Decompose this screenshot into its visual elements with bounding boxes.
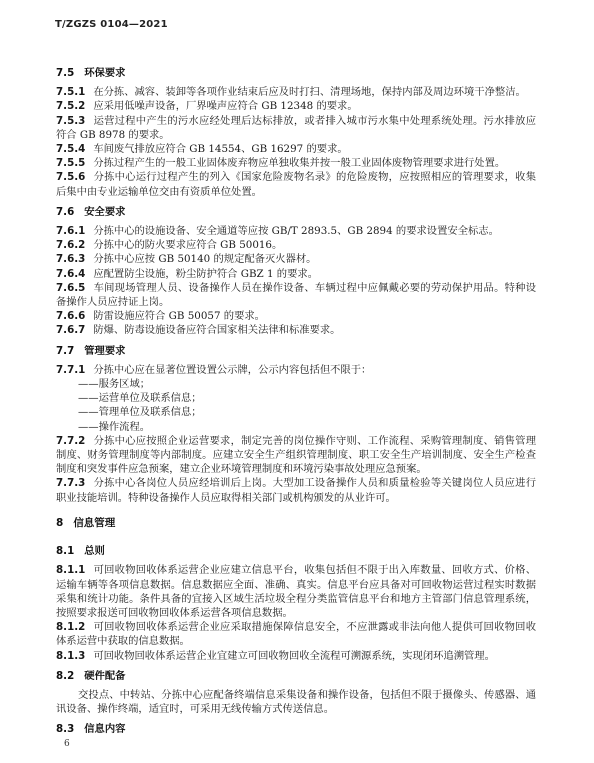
section-title: 环保要求 [84, 67, 125, 79]
clause-text: 分拣中心应按 GB 50140 的规定配备灭火器材。 [93, 253, 316, 265]
clause-text: 车间废气排放应符合 GB 14554、GB 16297 的要求。 [93, 143, 347, 155]
section-title: 信息内容 [84, 723, 125, 735]
clause-8-1-3: 8.1.3可回收物回收体系运营企业宜建立可回收物回收全流程可溯源系统，实现闭环追… [56, 649, 536, 663]
section-title: 总则 [84, 545, 105, 557]
clause-7-6-3: 7.6.3分拣中心应按 GB 50140 的规定配备灭火器材。 [56, 252, 536, 266]
clause-number: 7.5.1 [56, 86, 85, 98]
section-number: 8.1 [56, 545, 74, 557]
clause-text: 分拣中心的防火要求应符合 GB 50016。 [93, 239, 282, 251]
chapter-title: 信息管理 [73, 517, 115, 529]
clause-number: 7.5.6 [56, 171, 85, 183]
clause-text: 在分拣、减容、装卸等各项作业结束后应及时打扫、清理场地，保持内部及周边环境干净整… [93, 86, 525, 98]
list-item: ——服务区域； [56, 377, 536, 391]
clause-7-5-6: 7.5.6分拣中心运行过程产生的列入《国家危险废物名录》的危险废物，应按照相应的… [56, 170, 536, 198]
section-number: 7.6 [56, 206, 74, 218]
clause-7-5-1: 7.5.1在分拣、减容、装卸等各项作业结束后应及时打扫、清理场地，保持内部及周边… [56, 85, 536, 99]
clause-7-6-5: 7.6.5车间现场管理人员、设备操作人员在操作设备、车辆过程中应佩戴必要的劳动保… [56, 281, 536, 309]
clause-number: 8.1.2 [56, 621, 85, 633]
section-title: 硬件配备 [84, 670, 125, 682]
clause-text: 可回收物回收体系运营企业宜建立可回收物回收全流程可溯源系统，实现闭环追溯管理。 [93, 650, 495, 662]
section-title: 管理要求 [84, 345, 125, 357]
clause-number: 7.6.2 [56, 239, 85, 251]
clause-number: 7.5.5 [56, 157, 85, 169]
section-number: 8.2 [56, 670, 74, 682]
clause-number: 7.6.3 [56, 253, 85, 265]
clause-number: 7.7.3 [56, 477, 85, 489]
list-item: ——运营单位及联系信息； [56, 391, 536, 405]
clause-text: 防雷设施应符合 GB 50057 的要求。 [93, 310, 265, 322]
clause-7-5-5: 7.5.5分拣过程产生的一般工业固体废弃物应单独收集并按一般工业固体废物管理要求… [56, 156, 536, 170]
clause-number: 7.6.5 [56, 282, 85, 294]
clause-number: 7.5.4 [56, 143, 85, 155]
clause-7-5-2: 7.5.2应采用低噪声设备，厂界噪声应符合 GB 12348 的要求。 [56, 99, 536, 113]
document-code-header: T/ZGZS 0104—2021 [55, 19, 168, 30]
page-number: 6 [64, 739, 70, 749]
clause-number: 8.1.3 [56, 650, 85, 662]
section-number: 7.7 [56, 345, 74, 357]
clause-text: 分拣中心各岗位人员应经培训后上岗。大型加工设备操作人员和质量检验等关键岗位人员应… [56, 477, 536, 503]
clause-7-5-4: 7.5.4车间废气排放应符合 GB 14554、GB 16297 的要求。 [56, 142, 536, 156]
clause-8-1-1: 8.1.1可回收物回收体系运营企业应建立信息平台，收集包括但不限于出入库数量、回… [56, 563, 536, 620]
clause-text: 分拣过程产生的一般工业固体废弃物应单独收集并按一般工业固体废物管理要求进行处置。 [93, 157, 505, 169]
clause-number: 7.5.2 [56, 100, 85, 112]
clause-text: 运营过程中产生的污水应经处理后达标排放，或者排入城市污水集中处理系统处理。污水排… [56, 115, 536, 141]
clause-7-7-2: 7.7.2分拣中心应按照企业运营要求，制定完善的岗位操作守则、工作流程、采购管理… [56, 434, 536, 477]
section-heading-7-7: 7.7管理要求 [56, 344, 536, 358]
clause-text: 应采用低噪声设备，厂界噪声应符合 GB 12348 的要求。 [93, 100, 357, 112]
clause-text: 分拣中心运行过程产生的列入《国家危险废物名录》的危险废物，应按照相应的管理要求，… [56, 171, 536, 197]
paragraph-8-2: 交投点、中转站、分拣中心应配备终端信息采集设备和操作设备，包括但不限于摄像头、传… [56, 688, 536, 716]
clause-text: 可回收物回收体系运营企业应建立信息平台，收集包括但不限于出入库数量、回收方式、价… [56, 564, 536, 619]
clause-number: 7.6.6 [56, 310, 85, 322]
clause-text: 分拣中心的设施设备、安全通道等应按 GB/T 2893.5、GB 2894 的要… [93, 225, 499, 237]
clause-number: 7.5.3 [56, 115, 85, 127]
document-body: 7.5环保要求 7.5.1在分拣、减容、装卸等各项作业结束后应及时打扫、清理场地… [56, 66, 536, 742]
clause-text: 分拣中心应按照企业运营要求，制定完善的岗位操作守则、工作流程、采购管理制度、销售… [56, 435, 536, 475]
clause-number: 7.7.2 [56, 435, 85, 447]
list-item: ——操作流程。 [56, 420, 536, 434]
section-number: 8.3 [56, 723, 74, 735]
clause-7-7-1: 7.7.1分拣中心应在显著位置设置公示牌，公示内容包括但不限于： [56, 363, 536, 377]
list-item: ——管理单位及联系信息； [56, 405, 536, 419]
section-number: 7.5 [56, 67, 74, 79]
clause-number: 7.7.1 [56, 364, 85, 376]
clause-7-6-1: 7.6.1分拣中心的设施设备、安全通道等应按 GB/T 2893.5、GB 28… [56, 224, 536, 238]
section-heading-8-1: 8.1总则 [56, 544, 536, 558]
section-title: 安全要求 [84, 206, 125, 218]
clause-8-1-2: 8.1.2可回收物回收体系运营企业应采取措施保障信息安全，不应泄露或非法向他人提… [56, 620, 536, 648]
clause-number: 7.6.7 [56, 324, 85, 336]
clause-7-6-2: 7.6.2分拣中心的防火要求应符合 GB 50016。 [56, 238, 536, 252]
clause-text: 应配置防尘设施，粉尘防护符合 GBZ 1 的要求。 [93, 268, 318, 280]
clause-number: 8.1.1 [56, 564, 85, 576]
clause-number: 7.6.4 [56, 268, 85, 280]
section-heading-8-2: 8.2硬件配备 [56, 669, 536, 683]
section-heading-7-6: 7.6安全要求 [56, 205, 536, 219]
clause-7-5-3: 7.5.3运营过程中产生的污水应经处理后达标排放，或者排入城市污水集中处理系统处… [56, 114, 536, 142]
clause-number: 7.6.1 [56, 225, 85, 237]
chapter-heading-8: 8信息管理 [56, 516, 536, 530]
clause-7-7-3: 7.7.3分拣中心各岗位人员应经培训后上岗。大型加工设备操作人员和质量检验等关键… [56, 476, 536, 504]
chapter-number: 8 [56, 517, 63, 529]
clause-7-6-6: 7.6.6防雷设施应符合 GB 50057 的要求。 [56, 309, 536, 323]
section-heading-8-3: 8.3信息内容 [56, 722, 536, 736]
clause-text: 车间现场管理人员、设备操作人员在操作设备、车辆过程中应佩戴必要的劳动保护用品。特… [56, 282, 536, 308]
clause-7-6-4: 7.6.4应配置防尘设施，粉尘防护符合 GBZ 1 的要求。 [56, 267, 536, 281]
section-heading-7-5: 7.5环保要求 [56, 66, 536, 80]
clause-text: 分拣中心应在显著位置设置公示牌，公示内容包括但不限于： [93, 364, 371, 376]
clause-text: 可回收物回收体系运营企业应采取措施保障信息安全，不应泄露或非法向他人提供可回收物… [56, 621, 536, 647]
clause-7-6-7: 7.6.7防爆、防毒设施设备应符合国家相关法律和标准要求。 [56, 323, 536, 337]
clause-text: 防爆、防毒设施设备应符合国家相关法律和标准要求。 [93, 324, 340, 336]
